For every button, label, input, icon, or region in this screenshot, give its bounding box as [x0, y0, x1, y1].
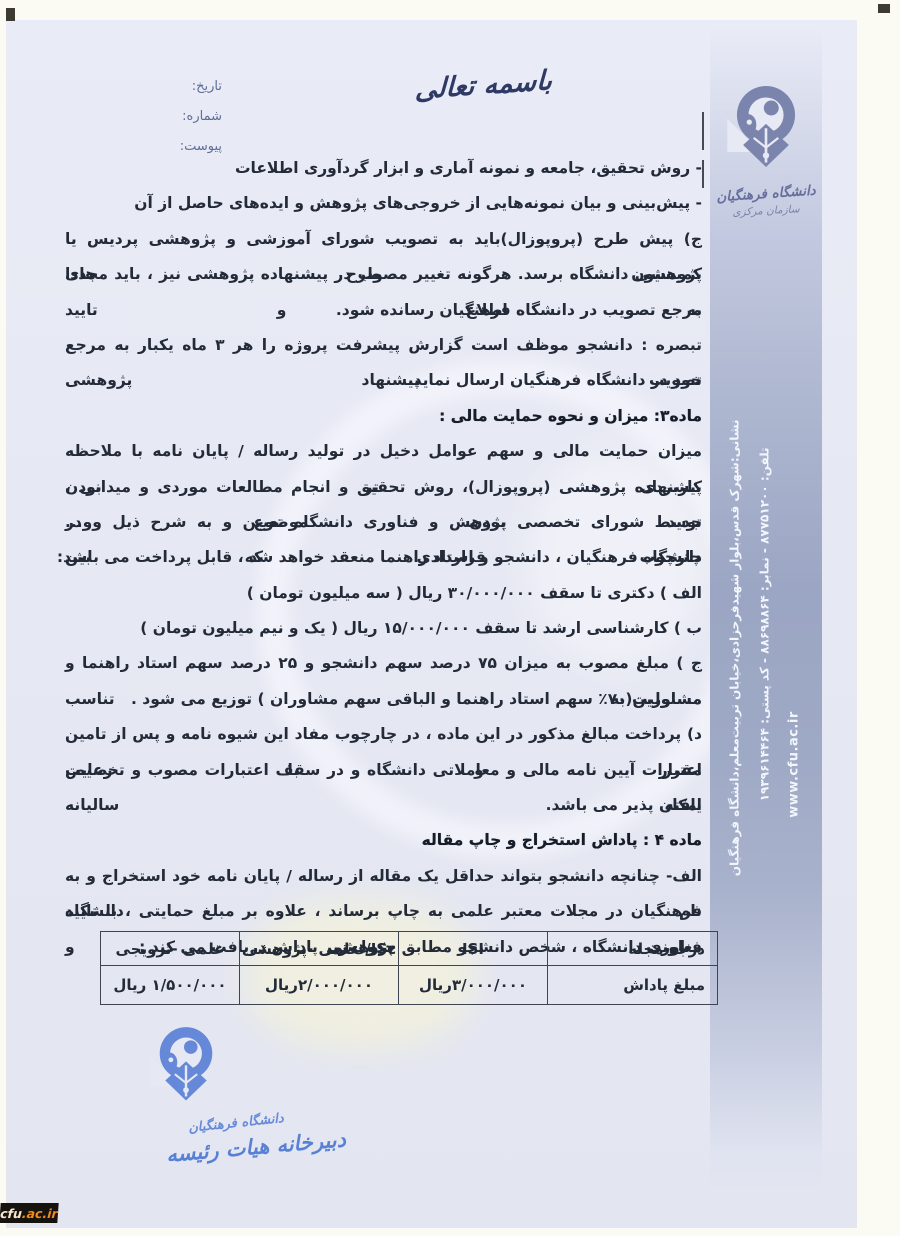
table-value-cell: ۲/۰۰۰/۰۰۰ریال	[240, 966, 399, 1005]
table-header-cell: درجه مجله	[548, 932, 718, 966]
body-line: پژوهشی دانشگاه برسد. هرگونه تغییر مصوب د…	[65, 257, 702, 292]
scan-artifact	[702, 160, 704, 188]
body-line: توسط شورای تخصصی پژوهش و فناوری دانشگاه …	[65, 505, 702, 540]
reward-table: درجه مجلهISIISc/ علمی -پژوهشیعلمی -ترویج…	[100, 931, 718, 1005]
number-label: شماره:	[152, 102, 222, 132]
body-line: الف ) دکتری تا سقف ۳۰/۰۰۰/۰۰۰ ریال ( سه …	[65, 576, 702, 611]
section-heading: ماده۳: میزان و نحوه حمایت مالی :	[65, 399, 702, 434]
body-line: - روش تحقیق، جامعه و نمونه آماری و ابزار…	[65, 151, 702, 186]
table-header-cell: علمی -ترویجی	[101, 932, 240, 966]
scan-artifact	[6, 8, 15, 21]
farhangian-university-emblem-icon	[710, 78, 822, 182]
address-text: نشانی:شهرک قدس،بلوار شهیدفرحزادی،خیابان …	[720, 420, 750, 1110]
badge-suffix: .ac.ir	[21, 1206, 58, 1221]
badge-prefix: cfu	[0, 1206, 22, 1221]
body-line: الف- چنانچه دانشجو بتواند حداقل یک مقاله…	[65, 859, 702, 894]
besmellah-calligraphy: باسمه تعالی	[377, 63, 589, 138]
body-line: ج ) مبلغ مصوب به میزان ۷۵ درصد سهم دانشج…	[65, 646, 702, 681]
contact-info-vertical: نشانی:شهرک قدس،بلوار شهیدفرحزادی،خیابان …	[720, 420, 813, 1110]
table-value-cell: ۱/۵۰۰/۰۰۰ ریال	[101, 966, 240, 1005]
scan-artifact	[702, 112, 704, 150]
cfu-site-badge: cfu.ac.ir	[0, 1203, 59, 1223]
body-line: میزان حمایت مالی و سهم عوامل دخیل در تول…	[65, 434, 702, 469]
body-line: مسئولیت ۷۰٪ سهم استاد راهنما و الباقی سه…	[65, 682, 702, 717]
body-line: ب ) کارشناسی ارشد تا سقف ۱۵/۰۰۰/۰۰۰ ریال…	[65, 611, 702, 646]
body-line: پیشنهاده پژوهشی (پروپوزال)، روش تحقیق و …	[65, 470, 702, 505]
table-value-cell: ۳/۰۰۰/۰۰۰ریال	[399, 966, 548, 1005]
scan-artifact	[878, 4, 890, 13]
secretariat-stamp: دانشگاه فرهنگیان دبیرخانه هیات رئیسه	[106, 1020, 406, 1159]
document-page: تاریخ: شماره: پیوست: باسمه تعالی	[6, 20, 857, 1228]
body-line: تبصره : دانشجو موظف است گزارش پیشرفت پرو…	[65, 328, 702, 363]
university-logo-block: دانشگاه فرهنگیان سازمان مرکزی	[710, 78, 822, 217]
body-text: - روش تحقیق، جامعه و نمونه آماری و ابزار…	[65, 151, 702, 965]
scanned-letter-canvas: تاریخ: شماره: پیوست: باسمه تعالی	[0, 0, 900, 1236]
body-line: - پیش‌بینی و بیان نمونه‌هایی از خروجی‌ها…	[65, 186, 702, 221]
section-heading: ماده ۴ : پاداش استخراج و چاپ مقاله	[65, 823, 702, 858]
letter-meta-labels: تاریخ: شماره: پیوست:	[152, 72, 222, 162]
table-header-cell: ISI	[399, 932, 548, 966]
farhangian-university-emblem-stamp-icon	[106, 1020, 406, 1114]
body-line: مقررات آیین نامه مالی و معاملاتی دانشگاه…	[65, 753, 702, 788]
body-line: دانشگاه فرهنگیان ، دانشجو و استاد راهنما…	[65, 540, 702, 575]
date-label: تاریخ:	[152, 72, 222, 102]
table-value-cell: مبلغ پاداش	[548, 966, 718, 1005]
website-text: www.cfu.ac.ir	[780, 420, 810, 1110]
body-line: فرهنگیان در مجلات معتبر علمی به چاپ برسا…	[65, 894, 702, 929]
body-line: د) پرداخت مبالغ مذکور در این ماده ، در چ…	[65, 717, 702, 752]
table-header-cell: ISc/ علمی -پژوهشی	[240, 932, 399, 966]
reward-table-value-row: مبلغ پاداش۳/۰۰۰/۰۰۰ریال۲/۰۰۰/۰۰۰ریال۱/۵۰…	[101, 966, 718, 1005]
phone-fax-postal-text: تلفن: ۸۷۷۵۱۲۰۰ - نمابر: ۸۸۶۹۸۸۶۴ - کد پس…	[750, 420, 780, 1110]
reward-table-header-row: درجه مجلهISIISc/ علمی -پژوهشیعلمی -ترویج…	[101, 932, 718, 966]
body-line: ج) پیش طرح (پروپوزال)باید به تصویب شورای…	[65, 222, 702, 257]
